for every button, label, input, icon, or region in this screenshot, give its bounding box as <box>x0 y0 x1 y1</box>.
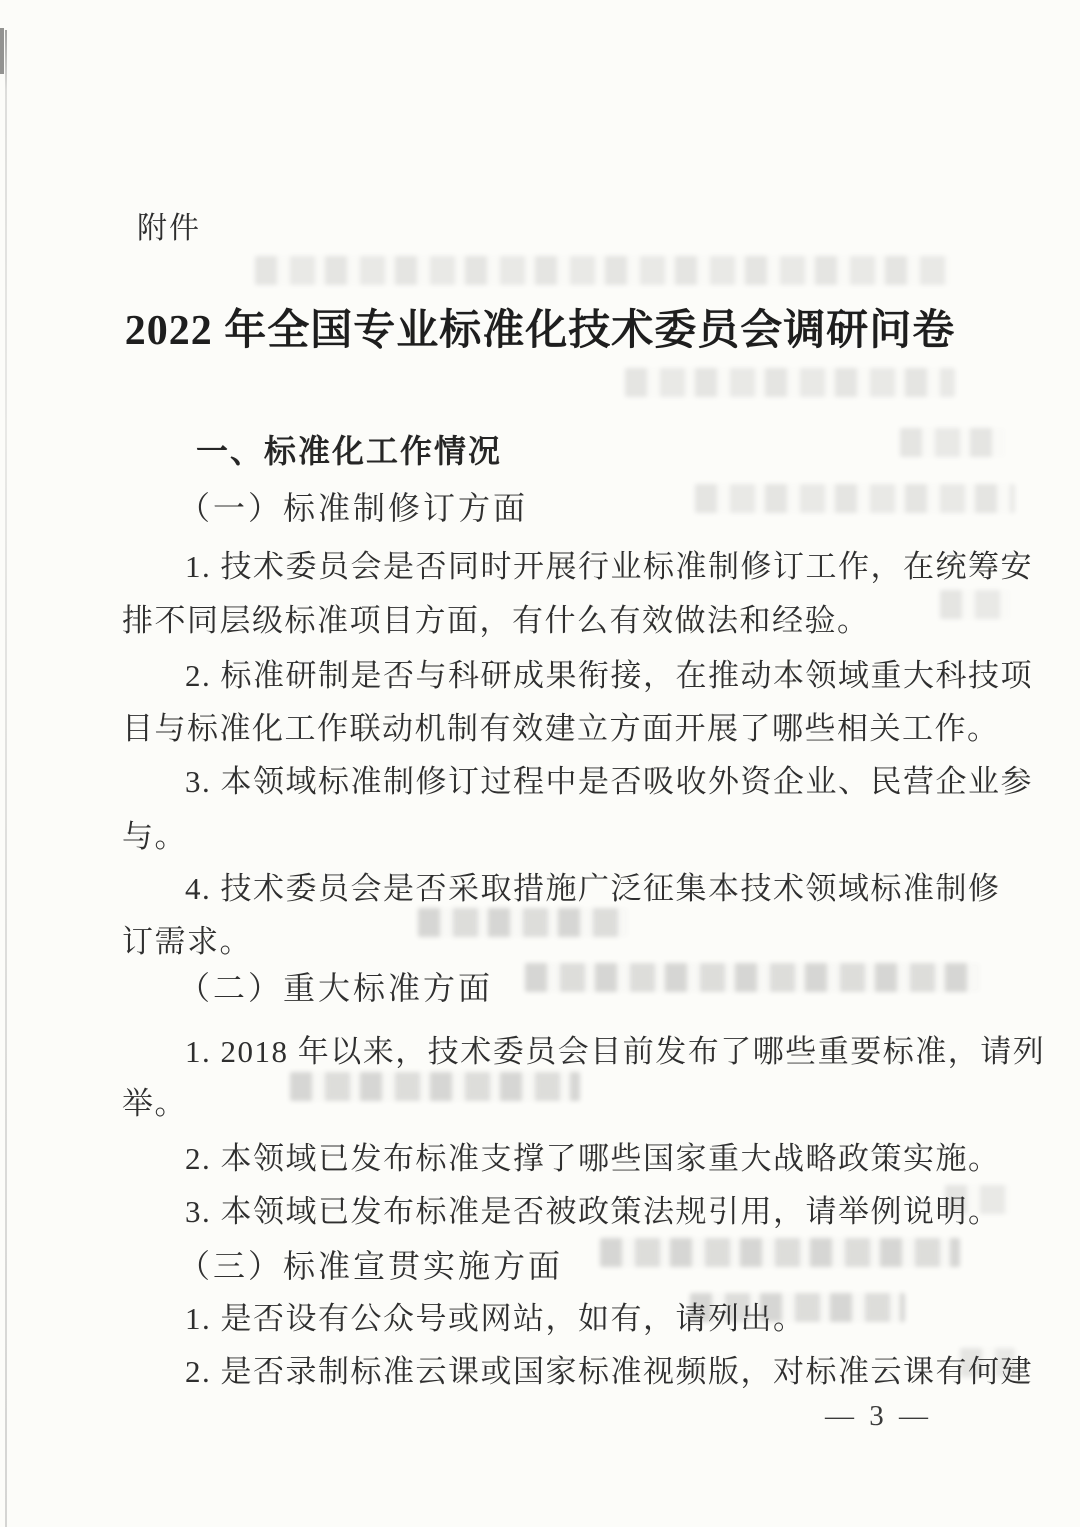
body-line: 2. 标准研制是否与科研成果衔接，在推动本领域重大科技项 <box>185 650 1033 695</box>
bleed-through-artifact <box>525 963 980 992</box>
bleed-through-artifact <box>625 368 955 397</box>
scanned-document-page: 附件 2022 年全国专业标准化技术委员会调研问卷 一、标准化工作情况 （一）标… <box>0 0 1080 1527</box>
body-line: 1. 技术委员会是否同时开展行业标准制修订工作，在统筹安 <box>185 541 1033 586</box>
body-line: 2. 是否录制标准云课或国家标准视频版，对标准云课有何建 <box>185 1346 1033 1391</box>
bleed-through-artifact <box>940 590 1010 619</box>
bleed-through-artifact <box>418 908 628 937</box>
subsection-heading: （一）标准制修订方面 <box>178 483 528 529</box>
document-title: 2022 年全国专业标准化技术委员会调研问卷 <box>0 297 1080 357</box>
body-line: 举。 <box>122 1078 187 1123</box>
section-heading: 一、标准化工作情况 <box>196 426 502 472</box>
body-line: 4. 技术委员会是否采取措施广泛征集本技术领域标准制修 <box>185 863 1001 908</box>
body-line: 1. 是否设有公众号或网站，如有，请列出。 <box>185 1293 806 1338</box>
body-line: 目与标准化工作联动机制有效建立方面开展了哪些相关工作。 <box>122 703 1000 748</box>
bleed-through-artifact <box>255 256 950 285</box>
scan-edge-corner <box>0 28 4 74</box>
body-line: 3. 本领域标准制修订过程中是否吸收外资企业、民营企业参 <box>185 756 1033 801</box>
subsection-heading: （二）重大标准方面 <box>178 963 493 1009</box>
body-line: 排不同层级标准项目方面，有什么有效做法和经验。 <box>122 595 870 640</box>
bleed-through-artifact <box>290 1072 580 1101</box>
body-line: 与。 <box>122 811 187 856</box>
body-line: 订需求。 <box>122 916 252 961</box>
bleed-through-artifact <box>900 428 1005 457</box>
body-line: 3. 本领域已发布标准是否被政策法规引用，请举例说明。 <box>185 1186 1001 1231</box>
bleed-through-artifact <box>600 1238 960 1267</box>
scan-edge-line <box>5 30 7 1527</box>
page-number: — 3 — <box>825 1400 932 1433</box>
subsection-heading: （三）标准宣贯实施方面 <box>178 1241 563 1287</box>
bleed-through-artifact <box>695 484 1015 513</box>
body-line: 1. 2018 年以来，技术委员会目前发布了哪些重要标准，请列 <box>185 1026 1045 1071</box>
body-line: 2. 本领域已发布标准支撑了哪些国家重大战略政策实施。 <box>185 1133 1001 1178</box>
attachment-label: 附件 <box>137 203 201 247</box>
